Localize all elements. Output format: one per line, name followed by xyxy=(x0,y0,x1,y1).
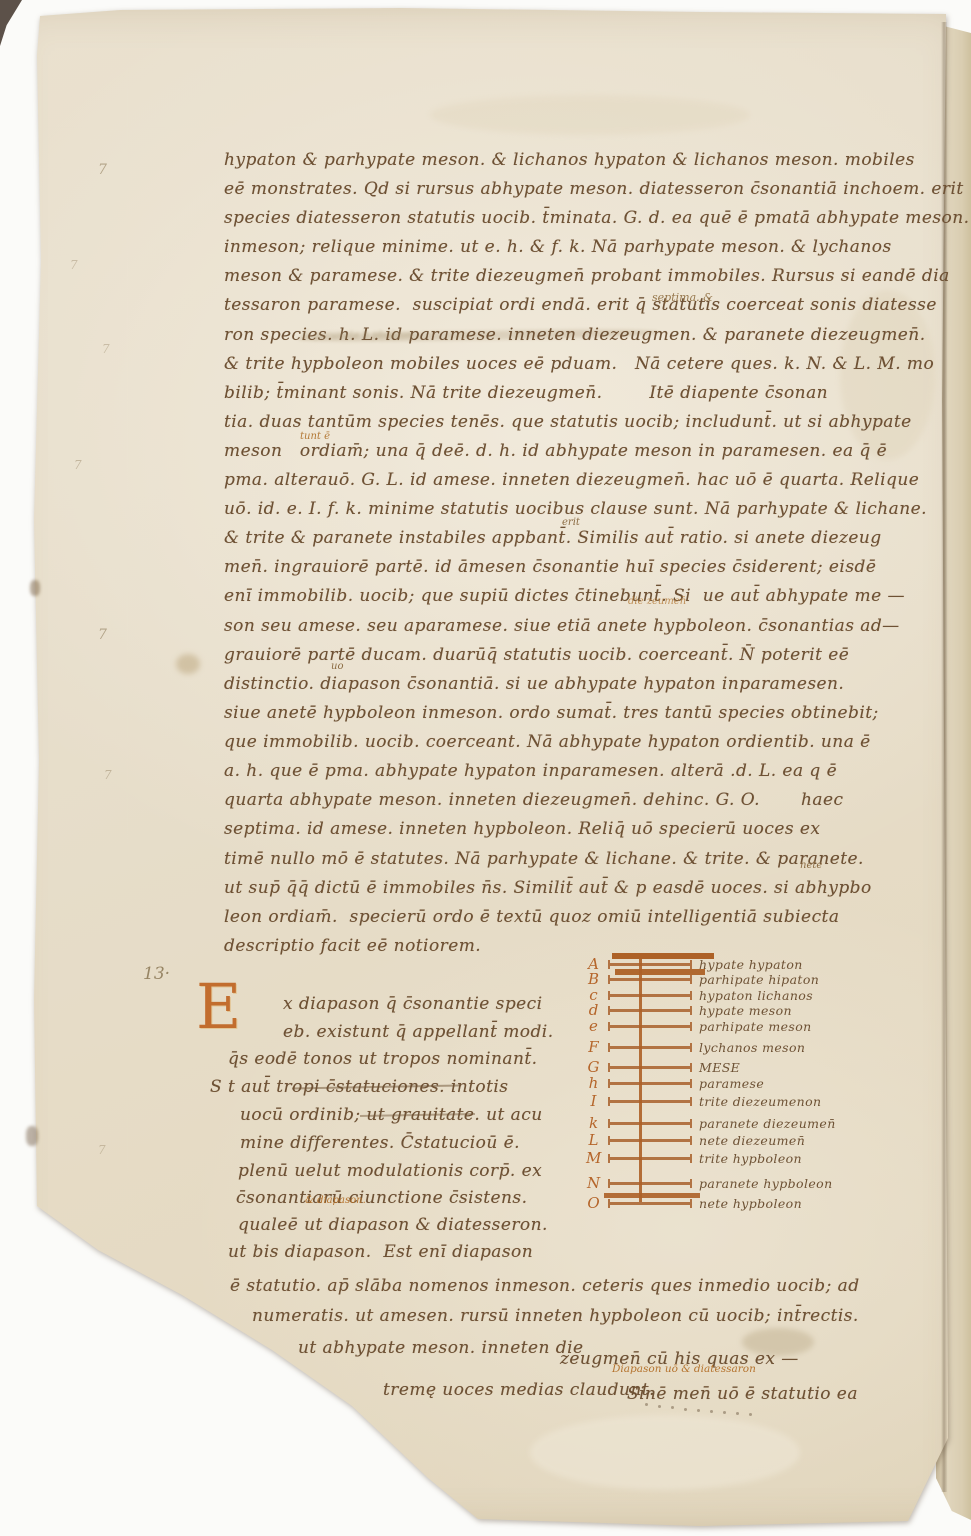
diagram-letter: N xyxy=(586,1174,601,1192)
diagram-rung xyxy=(608,978,692,980)
diagram-label: lychanos meson xyxy=(699,1040,805,1055)
diagram-rung xyxy=(608,1082,692,1084)
diagram-row: eparhipate meson xyxy=(586,1018,812,1034)
diagram-row: Itrite diezeumenon xyxy=(586,1093,822,1109)
diagram-label: nete diezeumen̄ xyxy=(699,1133,805,1148)
diagram-row: Flychanos meson xyxy=(586,1039,805,1055)
diagram-row: Mtrite hypboleon xyxy=(586,1150,802,1166)
diagram-rung xyxy=(608,1025,692,1027)
diagram-letter: e xyxy=(586,1017,601,1035)
diagram-row: Nparanete hypboleon xyxy=(586,1175,833,1191)
diagram-rung xyxy=(608,1157,692,1159)
diagram-row: Lnete diezeumen̄ xyxy=(586,1132,805,1148)
diagram-label: paramese xyxy=(699,1076,764,1091)
diagram-top-bar xyxy=(612,953,714,959)
diagram-rung xyxy=(608,1009,692,1011)
diagram-label: hypate hypaton xyxy=(699,957,803,972)
diagram-row: chypaton lichanos xyxy=(586,987,813,1003)
diagram-letter: I xyxy=(586,1092,601,1110)
diagram-row: hparamese xyxy=(586,1075,764,1091)
diagram-label: trite hypboleon xyxy=(699,1151,802,1166)
diagram-label: trite diezeumenon xyxy=(699,1094,822,1109)
tone-diagram: Ahypate hypatonBparhipate hipatonchypato… xyxy=(0,0,971,1536)
diagram-rung xyxy=(608,1046,692,1048)
diagram-label: nete hypboleon xyxy=(699,1196,802,1211)
diagram-row: GMESE xyxy=(586,1059,740,1075)
diagram-top-bar-2 xyxy=(615,969,705,975)
diagram-rung xyxy=(608,1139,692,1141)
diagram-spine xyxy=(639,954,642,1202)
diagram-label: MESE xyxy=(699,1060,740,1075)
diagram-rung xyxy=(608,1182,692,1184)
diagram-row: kparanete diezeumen̄ xyxy=(586,1115,836,1131)
diagram-label: parhipate meson xyxy=(699,1019,812,1034)
diagram-rung xyxy=(608,994,692,996)
diagram-letter: k xyxy=(586,1114,601,1132)
diagram-rung xyxy=(608,963,692,965)
diagram-letter: O xyxy=(586,1194,601,1212)
diagram-label: hypate meson xyxy=(699,1003,792,1018)
diagram-letter: h xyxy=(586,1074,601,1092)
diagram-label: paranete diezeumen̄ xyxy=(699,1116,836,1131)
diagram-label: paranete hypboleon xyxy=(699,1176,833,1191)
diagram-rung xyxy=(608,1122,692,1124)
diagram-label: hypaton lichanos xyxy=(699,988,813,1003)
diagram-rung xyxy=(608,1066,692,1068)
diagram-row: dhypate meson xyxy=(586,1002,792,1018)
diagram-letter: L xyxy=(586,1131,601,1149)
diagram-bottom-bar xyxy=(604,1193,700,1198)
diagram-letter: M xyxy=(586,1149,601,1167)
diagram-rung xyxy=(608,1100,692,1102)
manuscript-scan: 77777713·7 hypaton & parhypate meson. & … xyxy=(0,0,971,1536)
diagram-rung xyxy=(608,1202,692,1204)
diagram-label: parhipate hipaton xyxy=(699,972,819,987)
diagram-letter: F xyxy=(586,1038,601,1056)
